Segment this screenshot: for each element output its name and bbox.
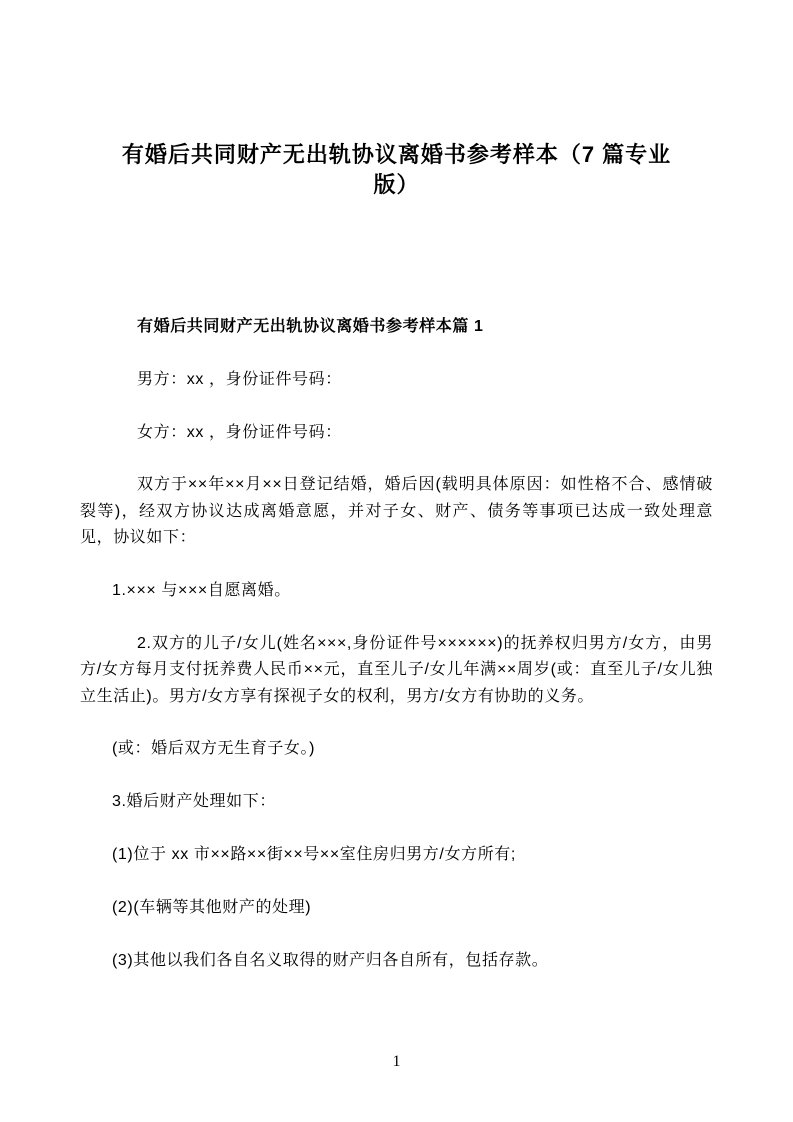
clause-1-voluntary-divorce: 1.××× 与×××自愿离婚。 (80, 578, 713, 604)
clause-3-property-heading: 3.婚后财产处理如下： (80, 789, 713, 815)
page-number: 1 (0, 1052, 793, 1072)
clause-3-item-2-vehicle: (2)(车辆等其他财产的处理) (80, 895, 713, 921)
paragraph-female-party: 女方：xx ，身份证件号码： (80, 420, 713, 446)
document-title: 有婚后共同财产无出轨协议离婚书参考样本（7 篇专业版） (80, 0, 713, 200)
document-title-line2: 版） (373, 172, 419, 197)
document-page: 有婚后共同财产无出轨协议离婚书参考样本（7 篇专业版） 有婚后共同财产无出轨协议… (0, 0, 793, 1122)
clause-2-alt-no-children: (或：婚后双方无生育子女。) (80, 736, 713, 762)
document-title-line1: 有婚后共同财产无出轨协议离婚书参考样本（7 篇专业 (122, 142, 671, 167)
clause-3-item-1-house: (1)位于 xx 市××路××街××号××室住房归男方/女方所有; (80, 842, 713, 868)
section-heading: 有婚后共同财产无出轨协议离婚书参考样本篇 1 (80, 314, 713, 340)
paragraph-male-party: 男方：xx ，身份证件号码： (80, 367, 713, 393)
clause-3-item-3-other-property: (3)其他以我们各自名义取得的财产归各自所有，包括存款。 (80, 948, 713, 974)
paragraph-preamble: 双方于××年××月××日登记结婚，婚后因(载明具体原因：如性格不合、感情破裂等)… (80, 472, 713, 551)
clause-2-child-custody: 2.双方的儿子/女儿(姓名×××,身份证件号××××××)的抚养权归男方/女方，… (80, 631, 713, 710)
